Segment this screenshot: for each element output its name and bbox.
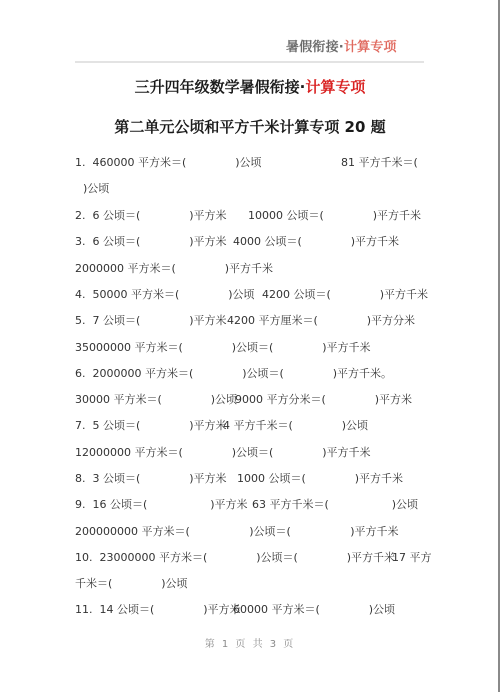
exercise-line-segment: 12000000 平方米＝( )公顷＝( )平方千米: [75, 445, 371, 461]
exercise-line-segment: 17 平方: [392, 550, 432, 566]
exercise-line-segment: 4000 公顷＝( )平方千米: [233, 234, 399, 250]
document-subtitle: 第二单元公顷和平方千米计算专项 20 题: [0, 116, 500, 137]
exercise-line-segment: 63 平方千米＝( )公顷: [252, 497, 418, 513]
exercise-line-segment: 2. 6 公顷＝( )平方米: [75, 208, 227, 224]
exercise-line-segment: 4 平方千米＝( )公顷: [223, 418, 368, 434]
exercise-line-segment: 35000000 平方米＝( )公顷＝( )平方千米: [75, 340, 371, 356]
exercise-line-segment: 1. 460000 平方米＝( )公顷: [75, 155, 262, 171]
exercise-line-segment: 200000000 平方米＝( )公顷＝( )平方千米: [75, 524, 399, 540]
exercise-line-segment: 60000 平方米＝( )公顷: [233, 602, 395, 618]
header-tag: 暑假衔接·计算专项: [286, 36, 397, 55]
exercise-line-segment: 81 平方千米＝(: [341, 155, 418, 171]
exercise-line-segment: 9. 16 公顷＝( )平方米: [75, 497, 248, 513]
exercise-line-segment: 10. 23000000 平方米＝( )公顷＝( )平方千米: [75, 550, 395, 566]
exercise-line-segment: 9000 平方分米＝( )平方米: [235, 392, 412, 408]
exercise-line-segment: 7. 5 公顷＝( )平方米: [75, 418, 227, 434]
exercise-line-segment: )公顷: [83, 181, 109, 197]
exercise-line-segment: 11. 14 公顷＝( )平方米: [75, 602, 241, 618]
exercise-line-segment: 4. 50000 平方米＝( )公顷: [75, 287, 255, 303]
document-title-highlight: 计算专项: [305, 78, 365, 96]
header-tag-highlight: 计算专项: [344, 40, 397, 55]
exercise-line-segment: 3. 6 公顷＝( )平方米: [75, 234, 227, 250]
exercise-line-segment: 4200 公顷＝( )平方千米: [262, 287, 428, 303]
exercise-line-segment: 10000 公顷＝( )平方千米: [248, 208, 421, 224]
exercise-line-segment: 30000 平方米＝( )公顷: [75, 392, 237, 408]
exercise-line-segment: 5. 7 公顷＝( )平方米: [75, 313, 227, 329]
document-title: 三升四年级数学暑假衔接·计算专项: [0, 76, 500, 97]
document-title-main: 三升四年级数学暑假衔接·: [135, 78, 306, 96]
header-divider: [75, 61, 424, 63]
exercise-line-segment: 8. 3 公顷＝( )平方米: [75, 471, 227, 487]
exercise-line-segment: 6. 2000000 平方米＝( )公顷＝( )平方千米。: [75, 366, 392, 382]
header-tag-prefix: 暑假衔接·: [286, 40, 344, 55]
exercise-line-segment: 4200 平方厘米＝( )平方分米: [227, 313, 415, 329]
exercise-line-segment: 1000 公顷＝( )平方千米: [237, 471, 403, 487]
exercise-line-segment: 千米＝( )公顷: [75, 576, 188, 592]
exercise-line-segment: 2000000 平方米＝( )平方千米: [75, 261, 273, 277]
page-footer: 第 1 页 共 3 页: [0, 635, 500, 650]
